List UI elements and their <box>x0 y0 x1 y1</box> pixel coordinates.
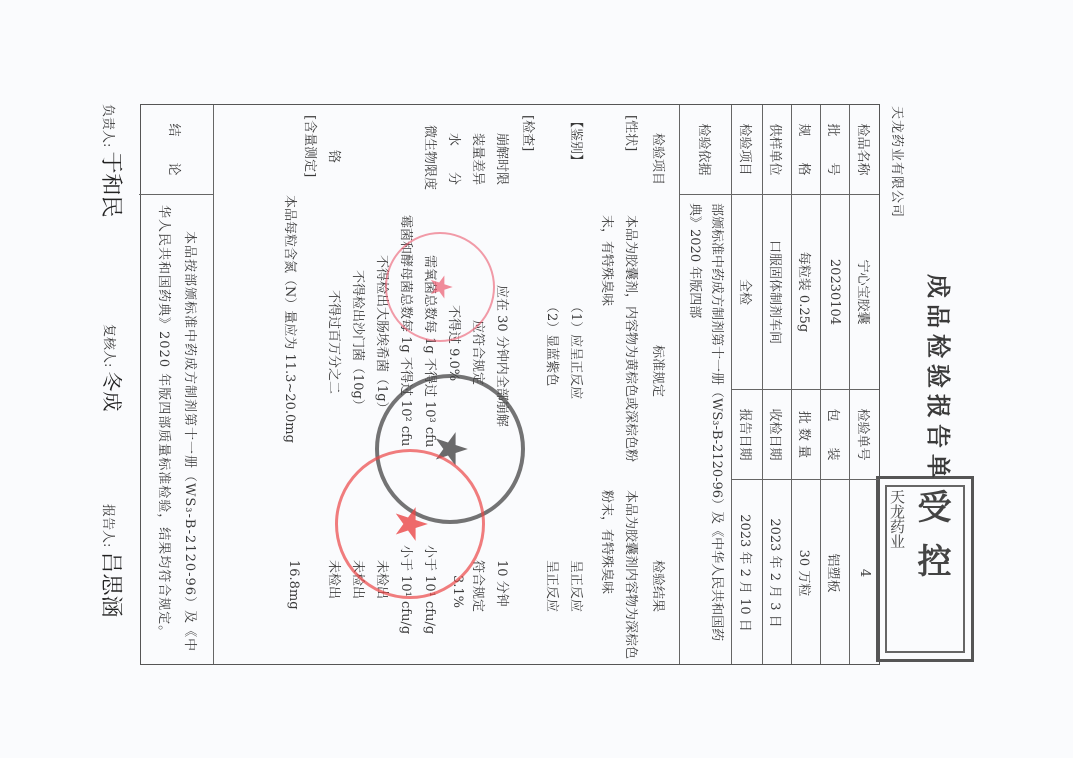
report-title: 成品检验报告单 <box>923 274 958 484</box>
column-result: 检验结果 <box>650 560 669 612</box>
row-product: 检品名称 宁心宝胶囊 检验单号 4 <box>849 105 879 664</box>
column-standard: 标准规定 <box>650 345 669 397</box>
character-result: 本品为胶囊剂内容物为深棕色粉末，有特殊臭味 <box>594 490 642 660</box>
identification-1-standard: （1）应呈正反应 <box>568 300 587 399</box>
value-batch-qty: 30 万粒 <box>792 480 820 666</box>
value-spec: 每粒装 0.25g <box>792 195 820 390</box>
identification-2-result: 呈正反应 <box>544 560 563 612</box>
quality-seal-red-faint: ★ <box>385 232 495 342</box>
label-supplier: 供样单位 <box>763 105 791 195</box>
section-character: [性状] <box>623 115 642 151</box>
row-batch: 批 号 20230104 包 装 铝塑板 <box>820 105 849 664</box>
inspection-standard: 不得过百万分之二 <box>326 290 345 394</box>
label-batch-qty: 批 数 量 <box>792 390 820 480</box>
inspection-item: 水 分 <box>446 133 465 185</box>
inspection-item: 装量差异 <box>470 133 489 185</box>
value-package: 铝塑板 <box>821 480 849 666</box>
reporter-signature: 报告人: 吕思涵 <box>97 504 128 618</box>
value-batch: 20230104 <box>821 195 849 390</box>
label-test-items: 检验项目 <box>732 105 762 195</box>
value-conclusion: 本品按部颁标准中药成方制剂第十一册（WS₃-B-2120-96）及《中华人民共和… <box>139 195 213 666</box>
identification-1-result: 呈正反应 <box>568 560 587 612</box>
row-spec: 规 格 每粒装 0.25g 批 数 量 30 万粒 <box>791 105 820 664</box>
label-received-date: 收检日期 <box>763 390 791 480</box>
company-name: 天龙药业有限公司 <box>889 106 908 218</box>
label-package: 包 装 <box>821 390 849 480</box>
star-icon: ★ <box>425 274 455 301</box>
label-spec: 规 格 <box>792 105 820 195</box>
section-inspection: [检查] <box>520 115 539 151</box>
received-stamp-text: 受控 <box>907 489 956 597</box>
section-assay: [含量测定] <box>302 115 321 177</box>
assay-standard: 本品每粒含氮（N）量应为 11.3~20.0mg <box>282 195 301 443</box>
row-supplier: 供样单位 口服固体制剂车间 收检日期 2023 年 2 月 3 日 <box>762 105 791 664</box>
label-report-date: 报告日期 <box>732 390 762 480</box>
row-basis: 检验依据 部颁标准中药成方制剂第十一册（WS₃-B-2120-96）及《中华人民… <box>679 105 731 664</box>
section-identification: 【鉴别】 <box>568 115 587 167</box>
value-report-date: 2023 年 2 月 10 日 <box>732 480 762 666</box>
label-conclusion: 结 论 <box>139 105 213 195</box>
received-controlled-stamp: 受控 天龙药业 <box>876 476 974 662</box>
received-stamp-company: 天龙药业 <box>887 489 908 549</box>
quality-seal-red: ★ <box>335 449 485 599</box>
inspection-report: 天龙药业有限公司 成品检验报告单 检品名称 宁心宝胶囊 检验单号 4 批 号 2… <box>140 104 880 665</box>
row-test-items: 检验项目 全检 报告日期 2023 年 2 月 10 日 <box>731 105 762 664</box>
value-product-name: 宁心宝胶囊 <box>850 195 879 390</box>
label-batch: 批 号 <box>821 105 849 195</box>
inspection-standard: 不得检出沙门菌（10g） <box>350 270 369 412</box>
label-report-no: 检验单号 <box>850 390 879 480</box>
reviewer-signature: 复核人: 冬成 <box>99 324 128 412</box>
value-supplier: 口服固体制剂车间 <box>763 195 791 390</box>
inspection-item: 崩解时限 <box>494 133 513 185</box>
inspection-result: 未检出 <box>326 560 345 599</box>
identification-2-standard: （2）显蓝紫色 <box>544 300 563 386</box>
inspection-result: 符合规定 <box>470 560 489 612</box>
inspection-item: 微生物限度 <box>422 125 441 190</box>
row-conclusion: 结 论 本品按部颁标准中药成方制剂第十一册（WS₃-B-2120-96）及《中华… <box>139 105 214 664</box>
value-basis: 部颁标准中药成方制剂第十一册（WS₃-B-2120-96）及《中华人民共和国药典… <box>680 195 731 666</box>
value-received-date: 2023 年 2 月 3 日 <box>763 480 791 666</box>
value-test-items: 全检 <box>732 195 762 390</box>
character-standard: 本品为胶囊剂，内容物为黄棕色或深棕色粉末，有特殊臭味 <box>594 215 642 465</box>
value-report-no: 4 <box>850 480 879 666</box>
report-table: 检品名称 宁心宝胶囊 检验单号 4 批 号 20230104 包 装 铝塑板 规… <box>140 104 880 665</box>
inspection-result: 10 分钟 <box>494 560 513 607</box>
star-icon: ★ <box>388 504 432 543</box>
head-signature: 负责人: 于和民 <box>97 104 128 218</box>
assay-result: 16.8mg <box>286 560 301 610</box>
inspection-item: 铬 <box>326 150 345 163</box>
column-item: 检验项目 <box>650 133 669 185</box>
label-basis: 检验依据 <box>680 105 731 195</box>
label-product-name: 检品名称 <box>850 105 879 195</box>
